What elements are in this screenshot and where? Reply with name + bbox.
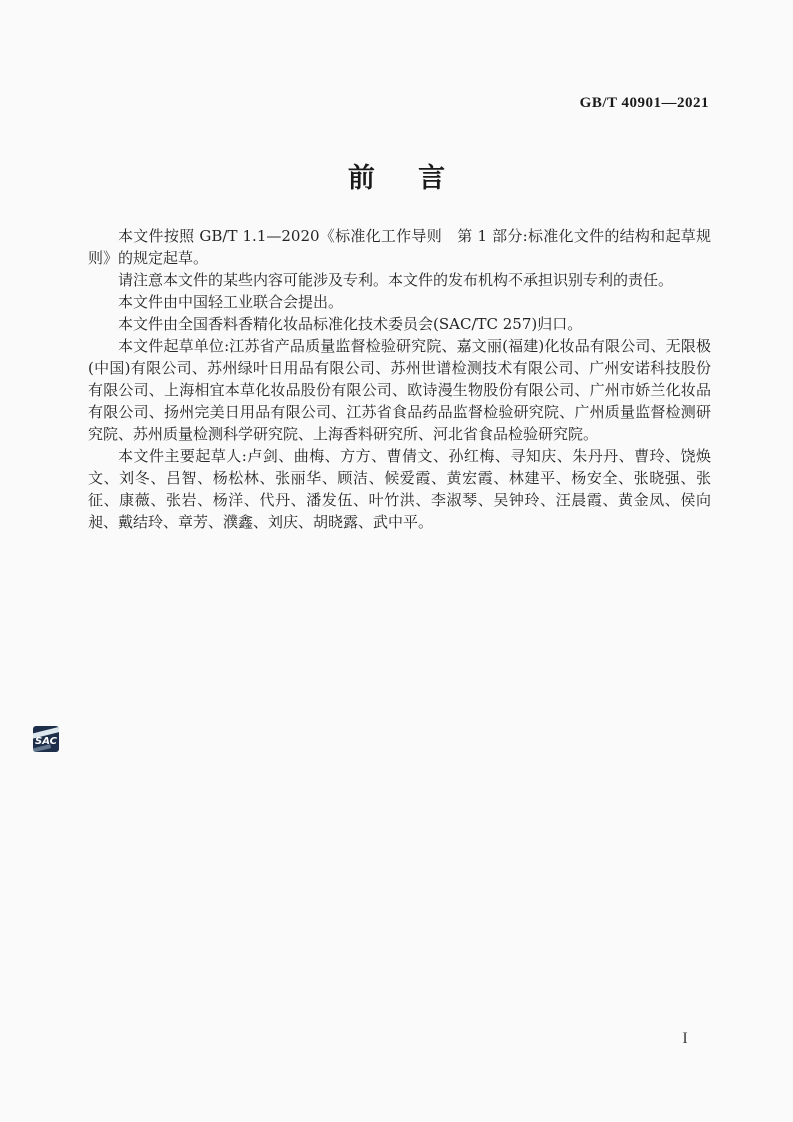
paragraph-drafting-organizations: 本文件起草单位:江苏省产品质量监督检验研究院、嘉文丽(福建)化妆品有限公司、无限…: [88, 335, 711, 445]
document-page: GB/T 40901—2021 前言 本文件按照 GB/T 1.1—2020《标…: [0, 0, 793, 1122]
paragraph-patent-notice: 请注意本文件的某些内容可能涉及专利。本文件的发布机构不承担识别专利的责任。: [88, 269, 711, 291]
page-number: I: [650, 1030, 720, 1048]
sac-logo-text: SAC: [33, 737, 59, 747]
foreword-body: 本文件按照 GB/T 1.1—2020《标准化工作导则 第 1 部分:标准化文件…: [88, 225, 711, 533]
paragraph-drafting-rules: 本文件按照 GB/T 1.1—2020《标准化工作导则 第 1 部分:标准化文件…: [88, 225, 711, 269]
sac-logo-icon: SAC: [33, 726, 59, 752]
paragraph-committee: 本文件由全国香料香精化妆品标准化技术委员会(SAC/TC 257)归口。: [88, 313, 711, 335]
foreword-title: 前言: [0, 156, 793, 195]
paragraph-main-drafters: 本文件主要起草人:卢剑、曲梅、方方、曹倩文、孙红梅、寻知庆、朱丹丹、曹玲、饶焕文…: [88, 445, 711, 533]
paragraph-proposer: 本文件由中国轻工业联合会提出。: [88, 291, 711, 313]
standard-code: GB/T 40901—2021: [0, 95, 709, 112]
